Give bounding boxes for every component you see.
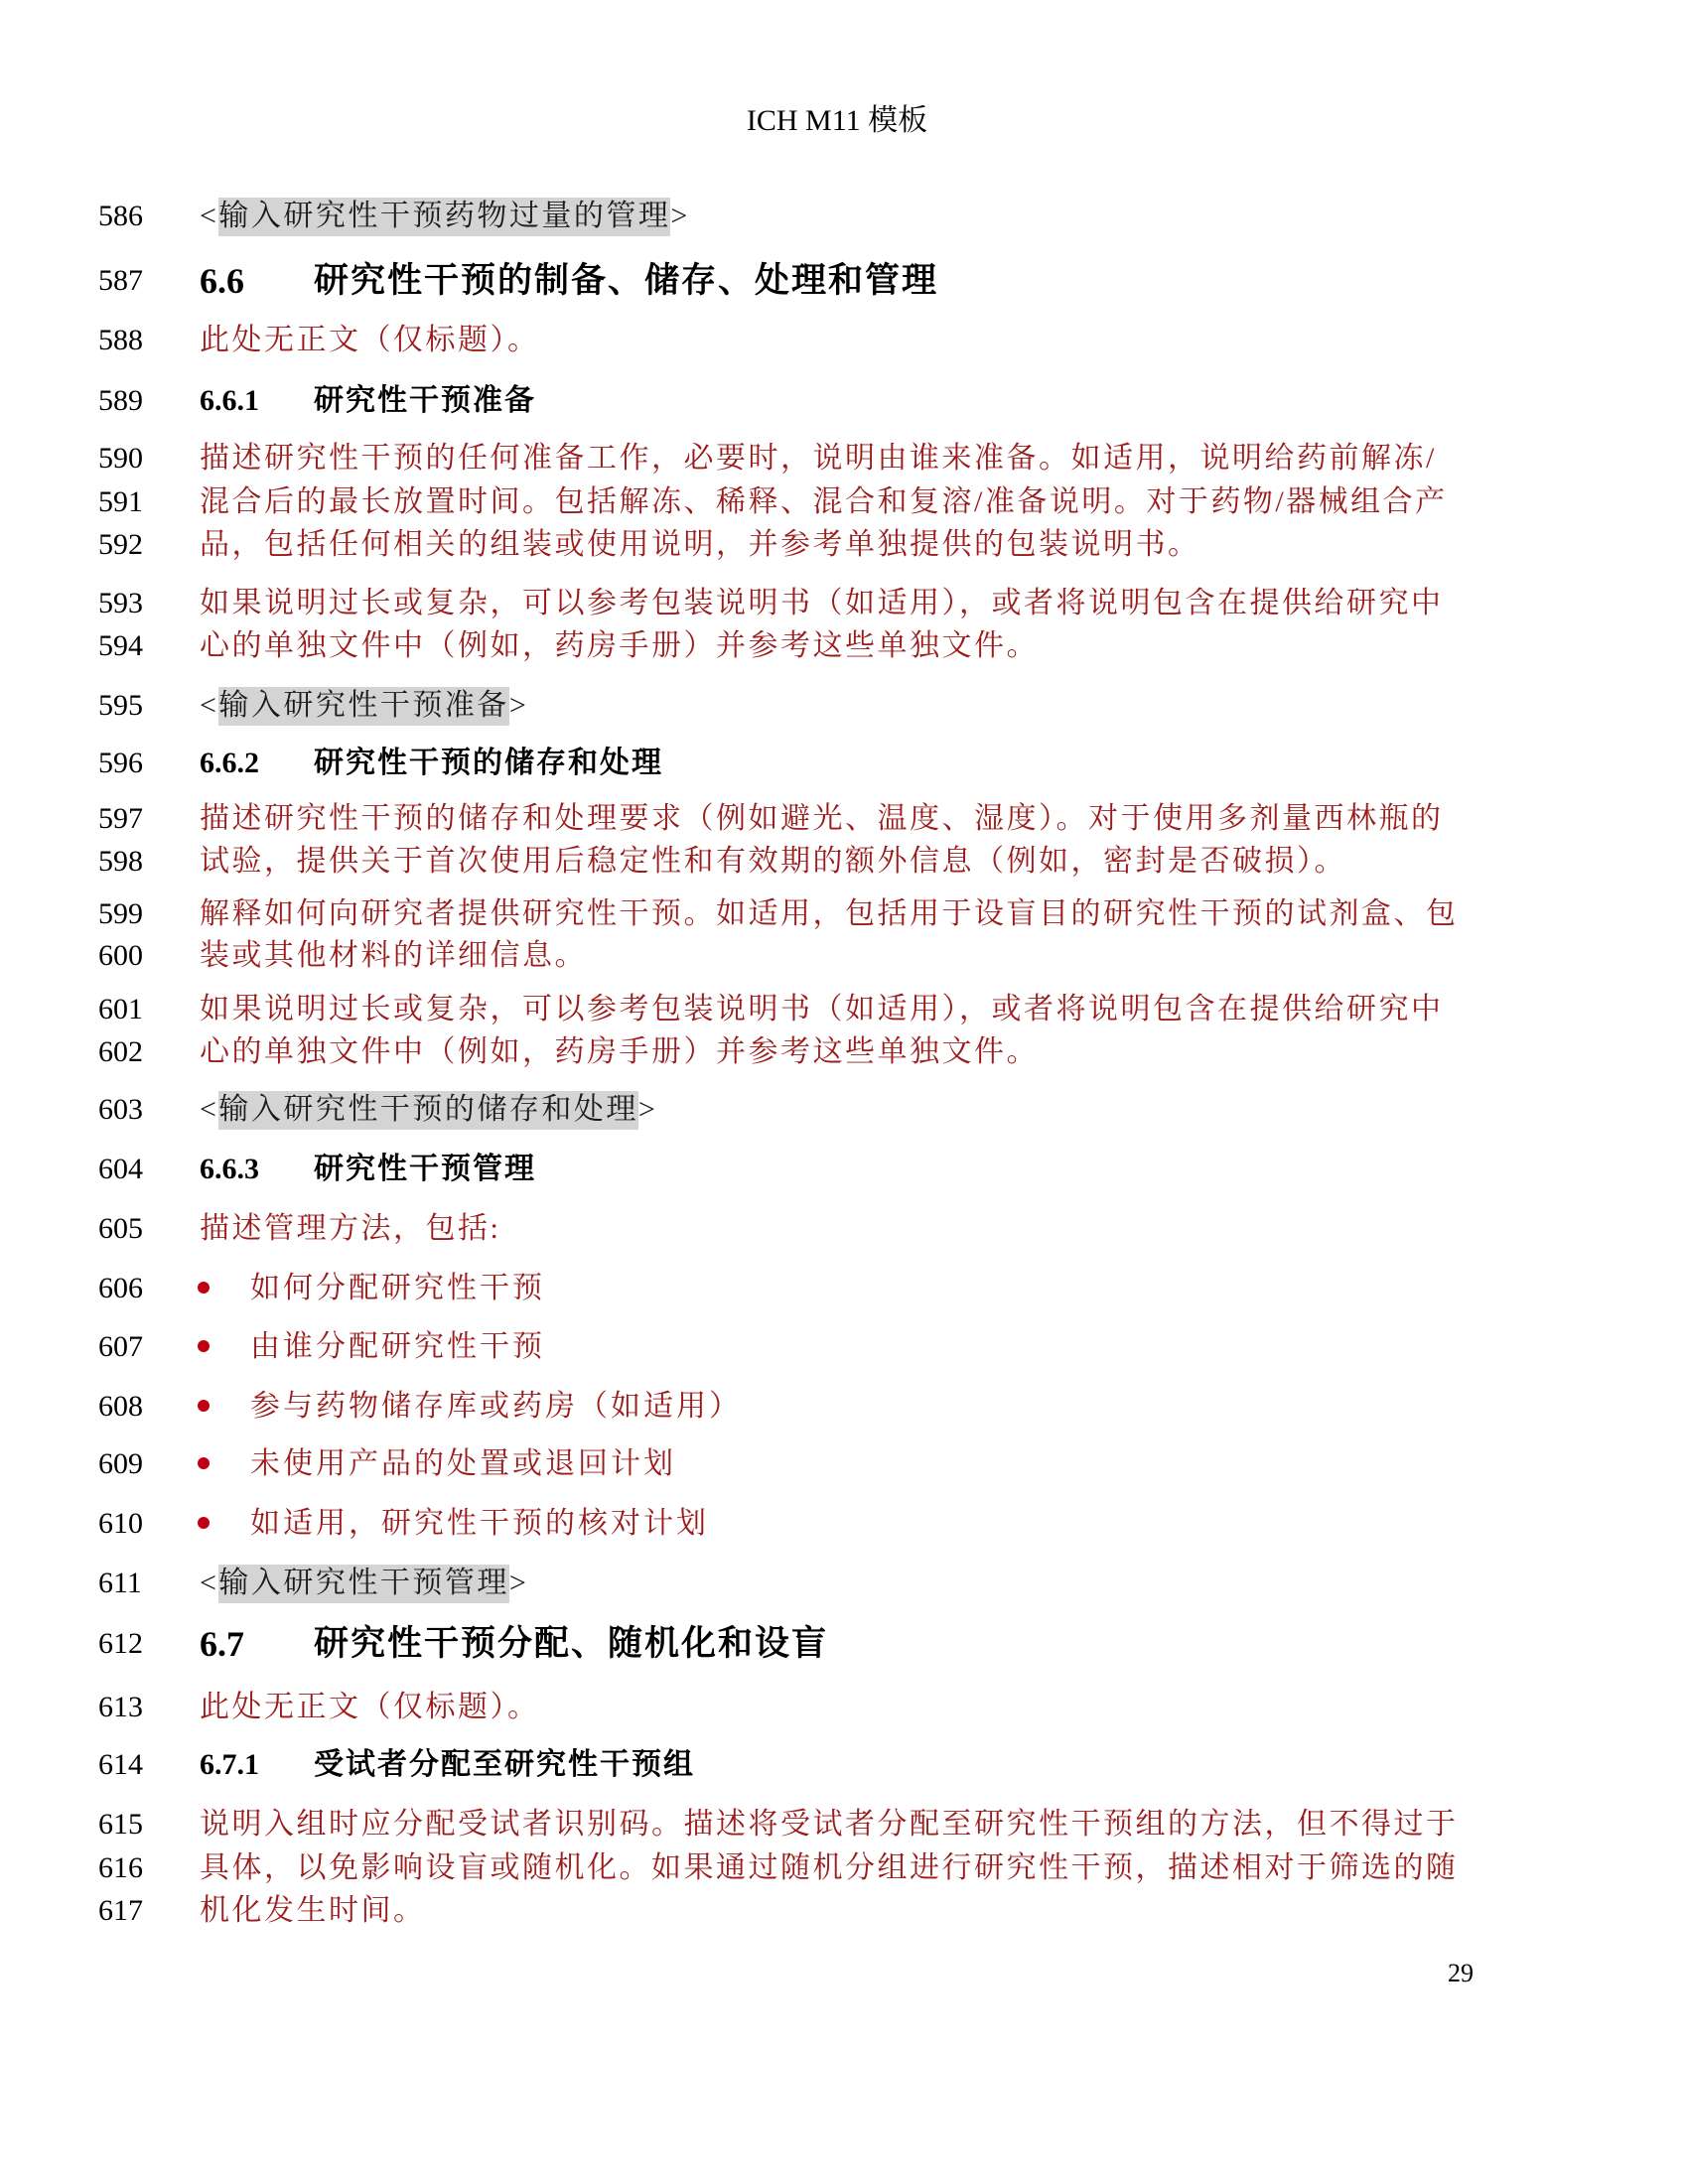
document-line: 616 具体，以免影响设盲或随机化。如果通过随机分组进行研究性干预，描述相对于筛… — [0, 1846, 1688, 1890]
document-line: 613 此处无正文（仅标题）。 — [0, 1686, 1688, 1729]
bullet-item: 608 参与药物储存库或药房（如适用） — [0, 1385, 1688, 1429]
instruction-text: 机化发生时间。 — [200, 1889, 426, 1933]
line-number: 611 — [98, 1562, 142, 1605]
instruction-text: 如果说明过长或复杂，可以参考包装说明书（如适用），或者将说明包含在提供给研究中 — [200, 988, 1444, 1031]
bullet-icon — [198, 1400, 210, 1412]
document-line: 586 <输入研究性干预药物过量的管理> — [0, 195, 1688, 238]
line-number: 617 — [98, 1889, 143, 1933]
angle-open: < — [200, 1093, 218, 1126]
instruction-text: 混合后的最长放置时间。包括解冻、稀释、混合和复溶/准备说明。对于药物/器械组合产 — [200, 480, 1448, 524]
line-number: 587 — [98, 259, 143, 303]
angle-open: < — [200, 200, 218, 232]
line-number: 608 — [98, 1385, 143, 1429]
section-number: 6.6.3 — [200, 1148, 259, 1191]
instruction-text: 此处无正文（仅标题）。 — [200, 1686, 540, 1729]
placeholder-text[interactable]: <输入研究性干预药物过量的管理> — [200, 195, 690, 238]
placeholder-text[interactable]: <输入研究性干预准备> — [200, 684, 528, 728]
line-number: 593 — [98, 582, 143, 625]
line-number: 609 — [98, 1442, 143, 1486]
line-number: 586 — [98, 195, 143, 238]
section-heading-6-7: 612 6.7 研究性干预分配、随机化和设盲 — [0, 1622, 1688, 1666]
line-number: 594 — [98, 624, 143, 668]
instruction-text: 此处无正文（仅标题）。 — [200, 319, 540, 362]
section-heading-6-6-2: 596 6.6.2 研究性干预的储存和处理 — [0, 742, 1688, 785]
bullet-icon — [198, 1282, 210, 1294]
angle-close: > — [509, 1567, 528, 1599]
document-line: 603 <输入研究性干预的储存和处理> — [0, 1088, 1688, 1132]
section-number: 6.6.2 — [200, 742, 259, 785]
section-heading-6-6: 587 6.6 研究性干预的制备、储存、处理和管理 — [0, 259, 1688, 303]
bullet-item: 607 由谁分配研究性干预 — [0, 1325, 1688, 1369]
placeholder-highlight: 输入研究性干预管理 — [218, 1565, 509, 1603]
line-number: 616 — [98, 1846, 143, 1890]
bullet-item: 606 如何分配研究性干预 — [0, 1267, 1688, 1310]
bullet-text: 未使用产品的处置或退回计划 — [250, 1442, 676, 1486]
instruction-text: 试验，提供关于首次使用后稳定性和有效期的额外信息（例如，密封是否破损）。 — [200, 840, 1346, 884]
section-number: 6.6.1 — [200, 379, 259, 423]
document-line: 600 装或其他材料的详细信息。 — [0, 934, 1688, 978]
line-number: 591 — [98, 480, 143, 524]
document-line: 617 机化发生时间。 — [0, 1889, 1688, 1933]
section-heading-6-7-1: 614 6.7.1 受试者分配至研究性干预组 — [0, 1743, 1688, 1787]
document-line: 598 试验，提供关于首次使用后稳定性和有效期的额外信息（例如，密封是否破损）。 — [0, 840, 1688, 884]
instruction-text: 描述管理方法，包括: — [200, 1207, 500, 1251]
document-line: 588 此处无正文（仅标题）。 — [0, 319, 1688, 362]
section-title: 受试者分配至研究性干预组 — [314, 1743, 695, 1787]
line-number: 607 — [98, 1325, 143, 1369]
section-heading-6-6-1: 589 6.6.1 研究性干预准备 — [0, 379, 1688, 423]
section-heading-6-6-3: 604 6.6.3 研究性干预管理 — [0, 1148, 1688, 1191]
document-line: 601 如果说明过长或复杂，可以参考包装说明书（如适用），或者将说明包含在提供给… — [0, 988, 1688, 1031]
document-line: 594 心的单独文件中（例如，药房手册）并参考这些单独文件。 — [0, 624, 1688, 668]
section-title: 研究性干预准备 — [314, 379, 536, 423]
placeholder-highlight: 输入研究性干预药物过量的管理 — [218, 198, 670, 236]
line-number: 588 — [98, 319, 143, 362]
line-number: 589 — [98, 379, 143, 423]
instruction-text: 说明入组时应分配受试者识别码。描述将受试者分配至研究性干预组的方法，但不得过于 — [200, 1803, 1459, 1846]
line-number: 599 — [98, 892, 143, 936]
document-line: 592 品，包括任何相关的组装或使用说明，并参考单独提供的包装说明书。 — [0, 523, 1688, 567]
line-number: 610 — [98, 1502, 143, 1546]
document-line: 595 <输入研究性干预准备> — [0, 684, 1688, 728]
instruction-text: 心的单独文件中（例如，药房手册）并参考这些单独文件。 — [200, 624, 1039, 668]
angle-open: < — [200, 1567, 218, 1599]
line-number: 613 — [98, 1686, 143, 1729]
document-line: 615 说明入组时应分配受试者识别码。描述将受试者分配至研究性干预组的方法，但不… — [0, 1803, 1688, 1846]
placeholder-highlight: 输入研究性干预的储存和处理 — [218, 1091, 638, 1130]
angle-open: < — [200, 689, 218, 722]
section-title: 研究性干预的储存和处理 — [314, 742, 663, 785]
instruction-text: 具体，以免影响设盲或随机化。如果通过随机分组进行研究性干预，描述相对于筛选的随 — [200, 1846, 1459, 1890]
line-number: 612 — [98, 1622, 143, 1666]
instruction-text: 如果说明过长或复杂，可以参考包装说明书（如适用），或者将说明包含在提供给研究中 — [200, 582, 1444, 625]
document-line: 605 描述管理方法，包括: — [0, 1207, 1688, 1251]
bullet-icon — [198, 1457, 210, 1469]
instruction-text: 品，包括任何相关的组装或使用说明，并参考单独提供的包装说明书。 — [200, 523, 1200, 567]
bullet-text: 如何分配研究性干预 — [250, 1267, 545, 1310]
line-number: 615 — [98, 1803, 143, 1846]
angle-close: > — [509, 689, 528, 722]
section-title: 研究性干预管理 — [314, 1148, 536, 1191]
document-line: 611 <输入研究性干预管理> — [0, 1562, 1688, 1605]
bullet-text: 由谁分配研究性干预 — [250, 1325, 545, 1369]
line-number: 606 — [98, 1267, 143, 1310]
section-number: 6.7.1 — [200, 1743, 259, 1787]
instruction-text: 心的单独文件中（例如，药房手册）并参考这些单独文件。 — [200, 1030, 1039, 1074]
angle-close: > — [638, 1093, 657, 1126]
document-line: 590 描述研究性干预的任何准备工作，必要时，说明由谁来准备。如适用，说明给药前… — [0, 437, 1688, 480]
line-number: 592 — [98, 523, 143, 567]
section-title: 研究性干预分配、随机化和设盲 — [314, 1622, 828, 1666]
bullet-text: 参与药物储存库或药房（如适用） — [250, 1385, 742, 1429]
line-number: 600 — [98, 934, 143, 978]
document-line: 602 心的单独文件中（例如，药房手册）并参考这些单独文件。 — [0, 1030, 1688, 1074]
line-number: 605 — [98, 1207, 143, 1251]
page-header-title: ICH M11 模板 — [0, 99, 1674, 143]
line-number: 602 — [98, 1030, 143, 1074]
line-number: 590 — [98, 437, 143, 480]
placeholder-highlight: 输入研究性干预准备 — [218, 687, 509, 726]
document-line: 591 混合后的最长放置时间。包括解冻、稀释、混合和复溶/准备说明。对于药物/器… — [0, 480, 1688, 524]
line-number: 603 — [98, 1088, 143, 1132]
line-number: 598 — [98, 840, 143, 884]
document-line: 599 解释如何向研究者提供研究性干预。如适用，包括用于设盲目的研究性干预的试剂… — [0, 892, 1688, 936]
line-number: 614 — [98, 1743, 143, 1787]
line-number: 595 — [98, 684, 143, 728]
placeholder-text[interactable]: <输入研究性干预管理> — [200, 1562, 528, 1605]
placeholder-text[interactable]: <输入研究性干预的储存和处理> — [200, 1088, 657, 1132]
instruction-text: 描述研究性干预的储存和处理要求（例如避光、温度、湿度）。对于使用多剂量西林瓶的 — [200, 797, 1444, 841]
line-number: 604 — [98, 1148, 143, 1191]
page-number: 29 — [1448, 1954, 1474, 1993]
angle-close: > — [670, 200, 689, 232]
instruction-text: 装或其他材料的详细信息。 — [200, 934, 587, 978]
line-number: 596 — [98, 742, 143, 785]
section-number: 6.7 — [200, 1622, 244, 1666]
bullet-icon — [198, 1340, 210, 1352]
bullet-item: 609 未使用产品的处置或退回计划 — [0, 1442, 1688, 1486]
instruction-text: 解释如何向研究者提供研究性干预。如适用，包括用于设盲目的研究性干预的试剂盒、包 — [200, 892, 1459, 936]
bullet-icon — [198, 1517, 210, 1529]
document-line: 593 如果说明过长或复杂，可以参考包装说明书（如适用），或者将说明包含在提供给… — [0, 582, 1688, 625]
section-title: 研究性干预的制备、储存、处理和管理 — [314, 259, 938, 303]
bullet-text: 如适用，研究性干预的核对计划 — [250, 1502, 709, 1546]
instruction-text: 描述研究性干预的任何准备工作，必要时，说明由谁来准备。如适用，说明给药前解冻/ — [200, 437, 1437, 480]
bullet-item: 610 如适用，研究性干预的核对计划 — [0, 1502, 1688, 1546]
line-number: 601 — [98, 988, 143, 1031]
document-line: 597 描述研究性干预的储存和处理要求（例如避光、温度、湿度）。对于使用多剂量西… — [0, 797, 1688, 841]
section-number: 6.6 — [200, 259, 244, 303]
line-number: 597 — [98, 797, 143, 841]
